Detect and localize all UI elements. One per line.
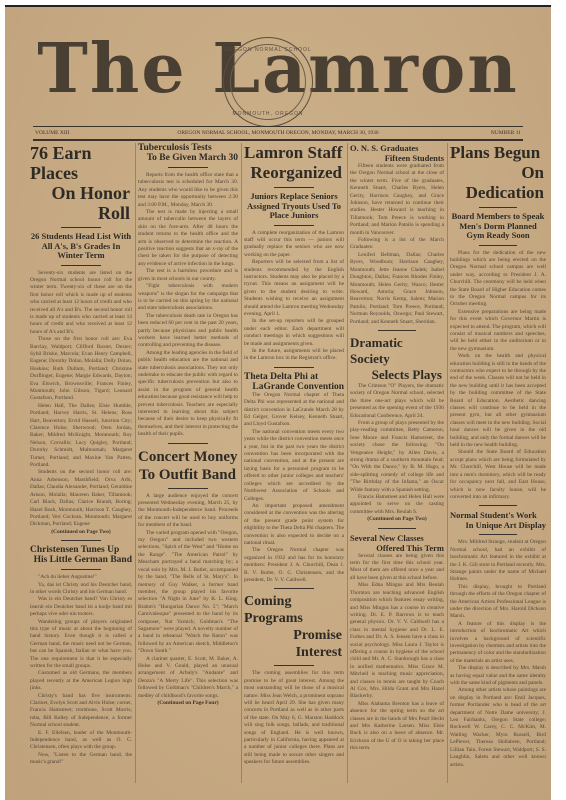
paragraph: Wandering groups of players originated t…	[30, 619, 132, 671]
school-seal-icon: OREGON NORMAL SCHOOL MONMOUTH, OREGON	[223, 37, 313, 127]
separator-rule	[479, 245, 517, 246]
headline-line-1: Plans Begun	[450, 143, 546, 163]
article-body: "Ach du lieber Augustine!" Ya, das ist C…	[30, 574, 132, 767]
paragraph: The national convention meets every two …	[244, 429, 344, 503]
paragraph: The Oregon Normal chapter was organized …	[244, 547, 344, 584]
paragraph: Lenifed Bellman, Dallas; Charles Byers, …	[350, 252, 444, 326]
headline-line-2: Fifteen Students	[350, 153, 444, 163]
column-divider	[447, 143, 448, 783]
issue-number: NUMBER 11	[491, 130, 521, 136]
separator-rule	[274, 665, 314, 666]
headline-line-2: On Honor Roll	[30, 183, 132, 223]
article-graduates: O. N. S. Graduates Fifteen Students Fift…	[350, 143, 444, 326]
article-christensen: Christensen Tunes Up His Little German B…	[30, 545, 132, 767]
continued-link[interactable]: (Continued on Page Four)	[138, 700, 238, 707]
paragraph: Ya, das ist Christy und his Deutcher ban…	[30, 582, 132, 597]
separator-rule	[61, 227, 102, 228]
article-body: The Oregon Normal chapter of Theta Delta…	[244, 392, 344, 585]
paragraph: Those on the first honor roll are: Eva B…	[30, 336, 132, 403]
separator-rule	[61, 540, 102, 541]
paragraph: In the future, assignments will be place…	[244, 348, 344, 363]
article-lamron-staff: Lamron Staff Reorganized Juniors Replace…	[244, 143, 344, 363]
article-concert: Concert Money To Outfit Band A large aud…	[138, 448, 238, 708]
article-dedication: Plans Begun On Dedication Board Members …	[450, 143, 546, 501]
paragraph: A clarinet quartet, E. Scott, M. Baker, …	[138, 656, 238, 700]
paragraph: The test is made by injecting a small am…	[138, 209, 238, 268]
paragraph: A large audience enjoyed the concert pre…	[138, 493, 238, 530]
paragraph: Students on the second honor roll are: A…	[30, 469, 132, 528]
separator-rule	[168, 488, 208, 489]
headline-line-1: Theta Delta Phi at	[244, 372, 344, 382]
separator-rule	[61, 265, 102, 266]
paragraph: Several classes are being given this ter…	[350, 553, 444, 583]
headline-line-1: 76 Earn Places	[30, 143, 132, 183]
headline-line-1: Dramatic Society	[350, 335, 444, 367]
column-4: O. N. S. Graduates Fifteen Students Fift…	[350, 143, 444, 783]
headline-line-2: Offered This Term	[350, 543, 444, 553]
headline-line-1: Coming Programs	[244, 593, 344, 627]
paragraph: An important proposed amendment consider…	[244, 503, 344, 547]
article-body: Fifteen students were graduated from the…	[350, 163, 444, 326]
paragraph: This display, brought to Portland throug…	[450, 584, 546, 621]
paragraph: Costumed as old Germans, the members pla…	[30, 670, 132, 692]
column-divider	[135, 143, 136, 783]
paragraph: Miss Alabama Brenton has a leave of abse…	[350, 701, 444, 753]
separator-rule	[274, 588, 314, 589]
article-body: Seventy-six students are listed on the O…	[30, 270, 132, 537]
article-body: Several classes are being given this ter…	[350, 553, 444, 753]
separator-rule	[274, 187, 314, 188]
separator-rule	[479, 534, 517, 535]
separator-rule	[479, 207, 517, 208]
seal-top-text: OREGON NORMAL SCHOOL	[224, 47, 312, 53]
article-dramatic-society: Dramatic Society Selects Plays The Crims…	[350, 335, 444, 524]
column-divider	[347, 143, 348, 783]
continued-link[interactable]: (Continued on Page Two)	[350, 516, 444, 523]
column-5: Plans Begun On Dedication Board Members …	[450, 143, 546, 783]
headline-line-1: Lamron Staff	[244, 143, 344, 163]
paragraph: "Ach du lieber Augustine!"	[30, 574, 132, 581]
article-body: Reports from the health office state tha…	[138, 172, 238, 439]
paragraph: A feature of this display is the introdu…	[450, 621, 546, 665]
seal-inner-ring	[230, 44, 306, 120]
paragraph: In the set-up reporters will be grouped …	[244, 318, 344, 348]
article-new-classes: Several New Classes Offered This Term Se…	[350, 533, 444, 753]
dateline-text: OREGON NORMAL SCHOOL, MONMOUTH OREGON, M…	[33, 130, 523, 136]
article-body: Plans for the dedication of the new buil…	[450, 250, 546, 502]
headline-line-1: Concert Money	[138, 448, 238, 466]
paragraph: Was is ein Deutcher band? Von Christy es…	[30, 596, 132, 618]
article-theta-delta-phi: Theta Delta Phi at LaGrande Convention T…	[244, 372, 344, 585]
article-coming-programs: Coming Programs Promise Interest The com…	[244, 593, 344, 766]
paragraph: Mrs. Mildred Strange, student at Oregon …	[450, 539, 546, 583]
paragraph: From a group of plays presented by the p…	[350, 420, 444, 494]
separator-rule	[378, 528, 416, 529]
headline-line-2: On Dedication	[450, 163, 546, 203]
column-divider	[241, 143, 242, 783]
paragraph: The test is a harmless procedure and is …	[138, 268, 238, 283]
column-1: 76 Earn Places On Honor Roll 26 Students…	[30, 143, 132, 783]
paragraph: Reporters will be selected from a list o…	[244, 259, 344, 318]
seal-bottom-text: MONMOUTH, OREGON	[224, 111, 312, 117]
paragraph: Fifteen students were graduated from the…	[350, 163, 444, 237]
paragraph: Christy's band has five instruments: Cla…	[30, 693, 132, 730]
dateline-bar: VOLUME XIII OREGON NORMAL SCHOOL, MONMOU…	[33, 126, 523, 141]
paragraph: Helen Hall, The Dalles; Elsie Humble, Po…	[30, 403, 132, 470]
paragraph: Now, "Listen to the German band, the mus…	[30, 752, 132, 767]
headline-line-2: His Little German Band	[30, 555, 132, 565]
subheadline: Board Members to Speak Men's Dorm Planne…	[450, 212, 546, 241]
article-body: Mrs. Mildred Strange, student at Oregon …	[450, 539, 546, 769]
headline-line-2: To Outfit Band	[138, 466, 238, 484]
headline-line-1: Christensen Tunes Up	[30, 545, 132, 555]
headline-line-1: Tuberculosis Tests	[138, 143, 238, 153]
paragraph: Among the leading agencies in the field …	[138, 350, 238, 439]
paragraph: The tuberculosis death rate in Oregon ha…	[138, 313, 238, 350]
paragraph: "Fight tuberculosis with modern weapons"…	[138, 283, 238, 313]
paragraph: Seventy-six students are listed on the O…	[30, 270, 132, 337]
subheadline: 26 Students Head List With All A's, B's …	[30, 232, 132, 261]
separator-rule	[61, 569, 102, 570]
paragraph: The Oregon Normal chapter of Theta Delta…	[244, 392, 344, 429]
paragraph: Francis Hamstreet and Helen Hall were ap…	[350, 494, 444, 516]
paragraph: Work on the health and physical educatio…	[450, 353, 546, 449]
separator-rule	[274, 367, 314, 368]
article-tuberculosis: Tuberculosis Tests To Be Given March 30 …	[138, 143, 238, 439]
separator-rule	[274, 225, 314, 226]
paragraph: Plans for the dedication of the new buil…	[450, 250, 546, 309]
article-body: A large audience enjoyed the concert pre…	[138, 493, 238, 708]
paragraph: A complete reorganization of the Lamron …	[244, 230, 344, 260]
headline-line-2: Reorganized	[244, 163, 344, 183]
paragraph: The display is described by Mrs. Marsh a…	[450, 665, 546, 687]
column-3: Lamron Staff Reorganized Juniors Replace…	[244, 143, 344, 783]
masthead: The Lamron OREGON NORMAL SCHOOL MONMOUTH…	[5, 7, 551, 125]
article-body: The coming assemblies for this term prom…	[244, 670, 344, 766]
paragraph: Miss Edna Mingus and Mrs Beulah Thornton…	[350, 582, 444, 701]
paragraph: Extensive preparations are being made fo…	[450, 309, 546, 353]
paragraph: Reports from the health office state tha…	[138, 172, 238, 209]
separator-rule	[168, 167, 208, 168]
article-honor-roll: 76 Earn Places On Honor Roll 26 Students…	[30, 143, 132, 536]
separator-rule	[168, 443, 208, 444]
headline-line-2: To Be Given March 30	[138, 153, 238, 163]
article-body: A complete reorganization of the Lamron …	[244, 230, 344, 363]
headline-line-2: Selects Plays	[350, 367, 444, 383]
separator-rule	[479, 505, 517, 506]
paragraph: The coming assemblies for this term prom…	[244, 670, 344, 766]
paragraph: The varied program opened with "Oregon, …	[138, 530, 238, 656]
newspaper-page: The Lamron OREGON NORMAL SCHOOL MONMOUTH…	[5, 5, 551, 800]
article-body: The Crimson "O" Players, the dramatic so…	[350, 383, 444, 524]
headline-line-1: Several New Classes	[350, 533, 444, 543]
headline-line-2: In Unique Art Display	[450, 520, 546, 530]
subheadline: Juniors Replace Seniors Assigned Tryouts…	[244, 192, 344, 221]
headline-line-1: O. N. S. Graduates	[350, 143, 444, 153]
paragraph: Following is a list of the March Graduat…	[350, 237, 444, 252]
paragraph: Among other artists whose paintings are …	[450, 687, 546, 768]
paragraph: E. F. Ellefsen, leader of the Monmouth-I…	[30, 730, 132, 752]
paragraph: Should the State Board of Education acce…	[450, 449, 546, 501]
headline-line-2: LaGrande Convention	[244, 382, 344, 392]
column-2: Tuberculosis Tests To Be Given March 30 …	[138, 143, 238, 783]
separator-rule	[378, 330, 416, 331]
continued-link[interactable]: (Continued on Page Two)	[30, 529, 132, 536]
article-art-display: Normal Student's Work In Unique Art Disp…	[450, 510, 546, 769]
headline-line-1: Normal Student's Work	[450, 510, 546, 520]
headline-line-2: Promise Interest	[244, 627, 344, 661]
paragraph: The Crimson "O" Players, the dramatic so…	[350, 383, 444, 420]
